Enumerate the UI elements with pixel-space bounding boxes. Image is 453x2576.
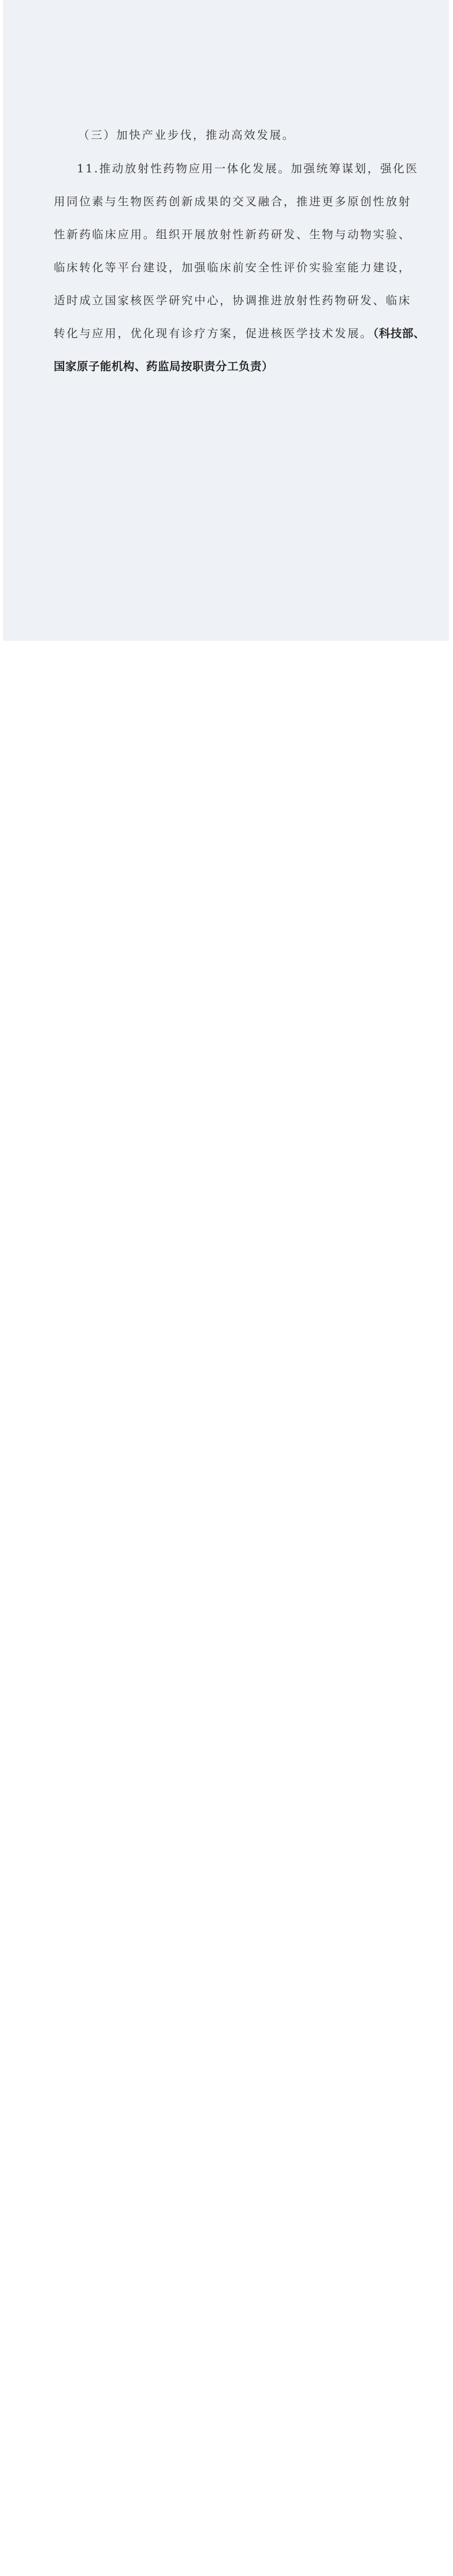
item-11-line: 性新药临床应用。组织开展放射性新药研发、生物与动物实验、 <box>54 226 411 242</box>
responsibility-text: （科技部、 <box>373 327 425 340</box>
item-11-line: 11.推动放射性药物应用一体化发展。加强统筹谋划，强化医 <box>77 160 418 176</box>
item-11-line: 用同位素与生物医药创新成果的交叉融合，推进更多原创性放射 <box>54 193 411 209</box>
section-heading: （三）加快产业步伐，推动高效发展。 <box>78 126 295 142</box>
responsibility-line: 国家原子能机构、药监局按职责分工负责） <box>54 357 273 374</box>
page-21: （三）加快产业步伐，推动高效发展。 11.推动放射性药物应用一体化发展。加强统筹… <box>3 0 449 641</box>
item-11-line: 转化与应用，优化现有诊疗方案，促进核医学技术发展。（科技部、 <box>54 324 425 341</box>
item-11-line: 适时成立国家核医学研究中心，协调推进放射性药物研发、临床 <box>54 291 411 308</box>
item-11-line: 临床转化等平台建设，加强临床前安全性评价实验室能力建设， <box>54 259 411 275</box>
